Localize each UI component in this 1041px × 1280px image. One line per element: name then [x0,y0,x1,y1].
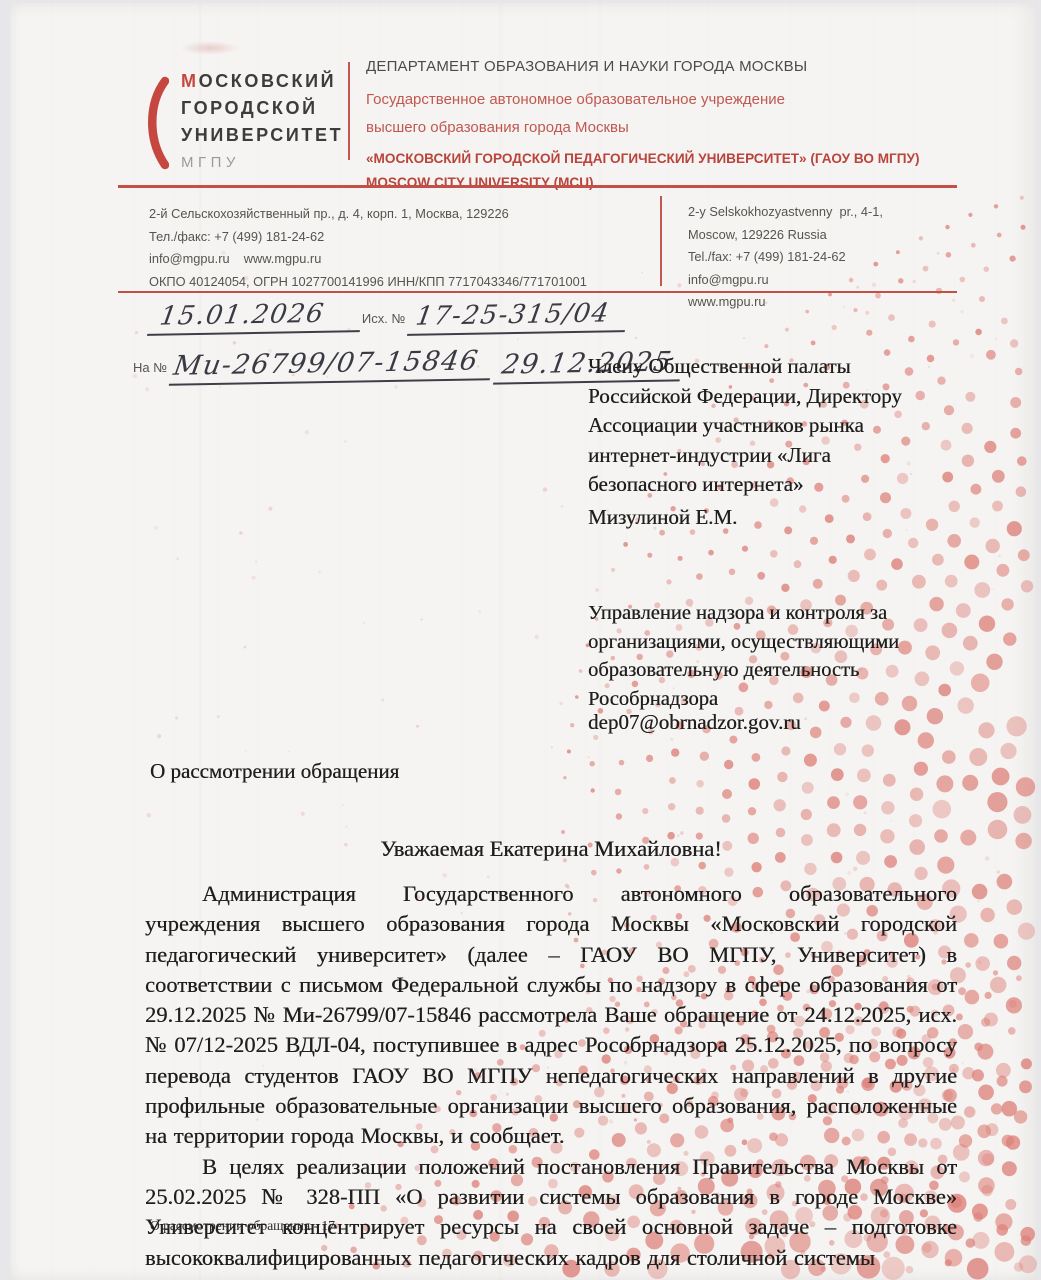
logo-line-2: ГОРОДСКОЙ [181,95,343,122]
letter-salutation: Уважаемая Екатерина Михайловна! [145,836,957,862]
recipient-email: dep07@obrnadzor.gov.ru [588,710,801,735]
letterhead-text: ДЕПАРТАМЕНТ ОБРАЗОВАНИЯ И НАУКИ ГОРОДА М… [366,58,966,195]
logo-line-3: УНИВЕРСИТЕТ [181,122,343,149]
address-block-en: 2-y Selskokhozyastvenny pr., 4-1, Moscow… [688,201,968,314]
recipient-department: Управление надзора и контроля за организ… [588,599,958,713]
address-block-ru: 2-й Сельскохозяйственный пр., д. 4, корп… [149,203,649,293]
org-name-en: MOSCOW CITY UNIVERSITY (MCU) [366,171,966,195]
university-logo: МОСКОВСКИЙ ГОРОДСКОЙ УНИВЕРСИТЕТ МГПУ [143,68,343,176]
handwritten-outgoing-number: 17-25-315/04 [407,298,630,336]
body-paragraph-2: В целях реализации положений постановлен… [145,1152,957,1273]
logo-abbr: МГПУ [181,149,343,176]
body-paragraph-1: Администрация Государственного автономно… [145,879,957,1152]
red-rule-top [118,185,957,188]
red-rule-bottom [118,291,957,293]
department-line: ДЕПАРТАМЕНТ ОБРАЗОВАНИЯ И НАУКИ ГОРОДА М… [366,58,966,75]
letter-body: Администрация Государственного автономно… [145,879,957,1273]
org-name-ru: «МОСКОВСКИЙ ГОРОДСКОЙ ПЕДАГОГИЧЕСКИЙ УНИ… [366,147,966,171]
outgoing-number-label: Исх. № [362,311,406,326]
recipient-name: Мизулиной Е.М. [588,505,737,530]
logo-line-1: МОСКОВСКИЙ [181,68,343,95]
scanned-letter-page: { "colors": { "brand_red": "#c5473f", "r… [0,0,1041,1280]
letter-subject: О рассмотрении обращения [150,759,399,784]
org-type-lines: Государственное автономное образовательн… [366,86,966,142]
handwritten-date: 15.01.2026 [147,298,365,336]
letterhead-vertical-divider [348,62,350,160]
incoming-number-label: На № [133,360,167,375]
logo-wordmark: МОСКОВСКИЙ ГОРОДСКОЙ УНИВЕРСИТЕТ МГПУ [181,68,343,176]
recipient-position: Члену Общественной палаты Российской Фед… [588,352,968,500]
footer-note: О рассмотрении обращения - 17 [150,1218,335,1234]
address-vertical-divider [660,196,662,286]
logo-bracket-icon [143,76,169,176]
handwritten-incoming-number: Ми-26799/07-15846 [168,345,495,386]
outgoing-reference-line: 15.01.2026Исх. № 17-25-315/04 [150,300,627,334]
